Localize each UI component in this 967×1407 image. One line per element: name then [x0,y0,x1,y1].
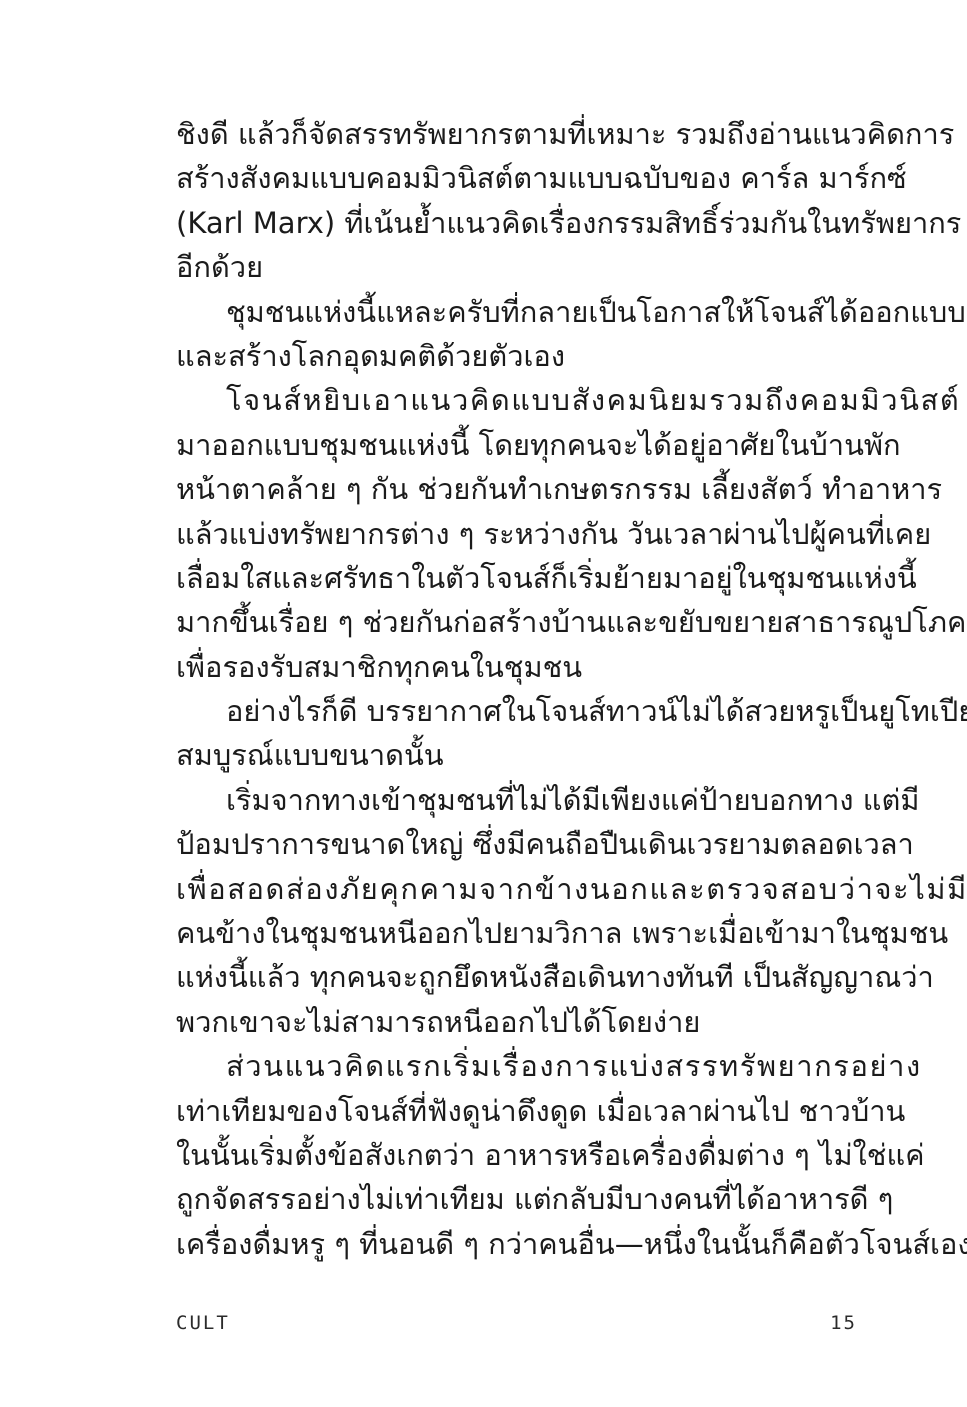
text-line: มาออกแบบชุมชนแห่งนี้ โดยทุกคนจะได้อยู่อา… [176,423,857,467]
running-head-book-title: CULT [176,1312,230,1334]
text-line: มากขึ้นเรื่อย ๆ ช่วยกันก่อสร้างบ้านและขย… [176,600,857,644]
book-page: ชิงดี แล้วก็จัดสรรทรัพยากรตามที่เหมาะ รว… [0,0,967,1407]
page-footer: CULT 15 [176,1312,857,1334]
page-number: 15 [830,1312,857,1334]
text-line: ชิงดี แล้วก็จัดสรรทรัพยากรตามที่เหมาะ รว… [176,112,857,156]
text-line: เครื่องดื่มหรู ๆ ที่นอนดี ๆ กว่าคนอื่น—ห… [176,1222,857,1266]
text-line: สมบูรณ์แบบขนาดนั้น [176,733,857,777]
text-line: ส่วนแนวคิดแรกเริ่มเรื่องการแบ่งสรรทรัพยา… [176,1044,857,1088]
text-line: เพื่อสอดส่องภัยคุกคามจากข้างนอกและตรวจสอ… [176,867,857,911]
text-line: แล้วแบ่งทรัพยากรต่าง ๆ ระหว่างกัน วันเวล… [176,512,857,556]
text-line: โจนส์หยิบเอาแนวคิดแบบสังคมนิยมรวมถึงคอมม… [176,378,857,422]
body-text: ชิงดี แล้วก็จัดสรรทรัพยากรตามที่เหมาะ รว… [176,112,857,1266]
text-line: และสร้างโลกอุดมคติด้วยตัวเอง [176,334,857,378]
text-line: แห่งนี้แล้ว ทุกคนจะถูกยึดหนังสือเดินทางท… [176,955,857,999]
text-line: เริ่มจากทางเข้าชุมชนที่ไม่ได้มีเพียงแค่ป… [176,778,857,822]
text-line: ถูกจัดสรรอย่างไม่เท่าเทียม แต่กลับมีบางค… [176,1177,857,1221]
text-line: ในนั้นเริ่มตั้งข้อสังเกตว่า อาหารหรือเคร… [176,1133,857,1177]
text-line: สร้างสังคมแบบคอมมิวนิสต์ตามแบบฉบับของ คา… [176,156,857,200]
text-line: อีกด้วย [176,245,857,289]
text-line: ชุมชนแห่งนี้แหละครับที่กลายเป็นโอกาสให้โ… [176,290,857,334]
text-line: พวกเขาจะไม่สามารถหนีออกไปได้โดยง่าย [176,1000,857,1044]
text-line: อย่างไรก็ดี บรรยากาศในโจนส์ทาวน์ไม่ได้สว… [176,689,857,733]
text-line: เพื่อรองรับสมาชิกทุกคนในชุมชน [176,645,857,689]
text-line: เท่าเทียมของโจนส์ที่ฟังดูน่าดึงดูด เมื่อ… [176,1089,857,1133]
text-line: เลื่อมใสและศรัทธาในตัวโจนส์ก็เริ่มย้ายมา… [176,556,857,600]
text-line: (Karl Marx) ที่เน้นย้ำแนวคิดเรื่องกรรมสิ… [176,201,857,245]
text-line: หน้าตาคล้าย ๆ กัน ช่วยกันทำเกษตรกรรม เลี… [176,467,857,511]
text-line: คนข้างในชุมชนหนีออกไปยามวิกาล เพราะเมื่อ… [176,911,857,955]
text-line: ป้อมปราการขนาดใหญ่ ซึ่งมีคนถือปืนเดินเวร… [176,822,857,866]
